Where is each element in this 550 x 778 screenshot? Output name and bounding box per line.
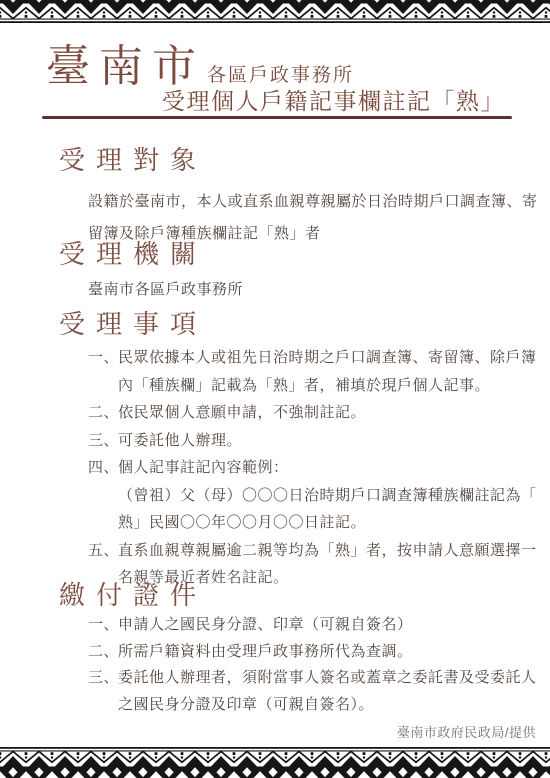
list-documents: 一、申請人之國民身分證、印章（可親自簽名） 二、所需戶籍資料由受理戶政事務所代為… (88, 612, 537, 718)
list-item-text: 申請人之國民身分證、印章（可親自簽名） (118, 616, 413, 633)
title-main: 臺南市 (46, 45, 205, 89)
list-item-text: 依民眾個人意願申請，不強制註記。 (118, 404, 366, 421)
list-item: 三、可委託他人辦理。 (88, 427, 537, 455)
credit-line: 臺南市政府民政局/提供 (397, 722, 536, 741)
list-item: 三、委託他人辦理者，須附當事人簽名或蓋章之委託書及受委託人 (88, 665, 537, 692)
list-item: 二、依民眾個人意願申請，不強制註記。 (88, 399, 537, 427)
tribal-pattern-svg (0, 747, 550, 778)
list-item-text: 直系血親尊親屬逾二親等均為「熟」者，按申請人意願選擇一 (118, 542, 537, 559)
paragraph-accept-agency: 臺南市各區戶政事務所 (88, 274, 243, 306)
list-item-continuation: 熟」民國〇〇年〇〇月〇〇日註記。 (88, 509, 537, 537)
list-item-text: 可委託他人辦理。 (118, 432, 242, 449)
list-item-continuation: 內「種族欄」記載為「熟」者，補填於現戶個人記事。 (88, 372, 537, 400)
list-item: 二、所需戶籍資料由受理戶政事務所代為查調。 (88, 639, 537, 666)
list-marker: 四、 (88, 454, 118, 482)
list-item-text: 個人記事註記內容範例： (118, 459, 289, 476)
list-marker: 三、 (88, 665, 118, 692)
list-item-text: 委託他人辦理者，須附當事人簽名或蓋章之委託書及受委託人 (118, 669, 537, 686)
list-marker: 一、 (88, 612, 118, 639)
title-block: 臺南市 各區戶政事務所 (46, 45, 354, 89)
list-item-text: 民眾依據本人或祖先日治時期之戶口調查簿、寄留簿、除戶簿 (118, 349, 537, 366)
list-item: 一、申請人之國民身分證、印章（可親自簽名） (88, 612, 537, 639)
paragraph-line: 臺南市各區戶政事務所 (88, 274, 243, 306)
list-marker: 一、 (88, 344, 118, 372)
list-marker: 二、 (88, 639, 118, 666)
title-underline (42, 116, 512, 119)
title-line2: 受理個人戶籍記事欄註記「熟」 (162, 89, 505, 114)
paragraph-line: 設籍於臺南市，本人或直系血親尊親屬於日治時期戶口調查簿、寄 (88, 186, 538, 218)
list-item: 四、個人記事註記內容範例： (88, 454, 537, 482)
list-marker: 三、 (88, 427, 118, 455)
list-accept-matters: 一、民眾依據本人或祖先日治時期之戶口調查簿、寄留簿、除戶簿 內「種族欄」記載為「… (88, 344, 537, 592)
tribal-border-top (0, 0, 550, 23)
section-heading-accept-agency: 受理機關 (59, 240, 207, 269)
list-marker: 二、 (88, 399, 118, 427)
tribal-border-bottom (0, 747, 550, 778)
section-heading-accept-matters: 受理事項 (59, 310, 207, 339)
list-item-continuation: 之國民身分證及印章（可親自簽名）。 (88, 692, 537, 719)
list-marker: 五、 (88, 537, 118, 565)
list-item-text: 所需戶籍資料由受理戶政事務所代為查調。 (118, 643, 413, 660)
tribal-pattern-svg (0, 0, 550, 23)
poster: 臺南市 各區戶政事務所 受理個人戶籍記事欄註記「熟」 受理對象 設籍於臺南市，本… (0, 0, 550, 778)
section-heading-documents: 繳付證件 (59, 581, 207, 610)
list-item: 一、民眾依據本人或祖先日治時期之戶口調查簿、寄留簿、除戶簿 (88, 344, 537, 372)
section-heading-accept-target: 受理對象 (59, 146, 207, 175)
list-item: 五、直系血親尊親屬逾二親等均為「熟」者，按申請人意願選擇一 (88, 537, 537, 565)
list-item-continuation: （曾祖）父（母）〇〇〇日治時期戶口調查簿種族欄註記為「 (88, 482, 537, 510)
title-sub: 各區戶政事務所 (207, 66, 354, 85)
